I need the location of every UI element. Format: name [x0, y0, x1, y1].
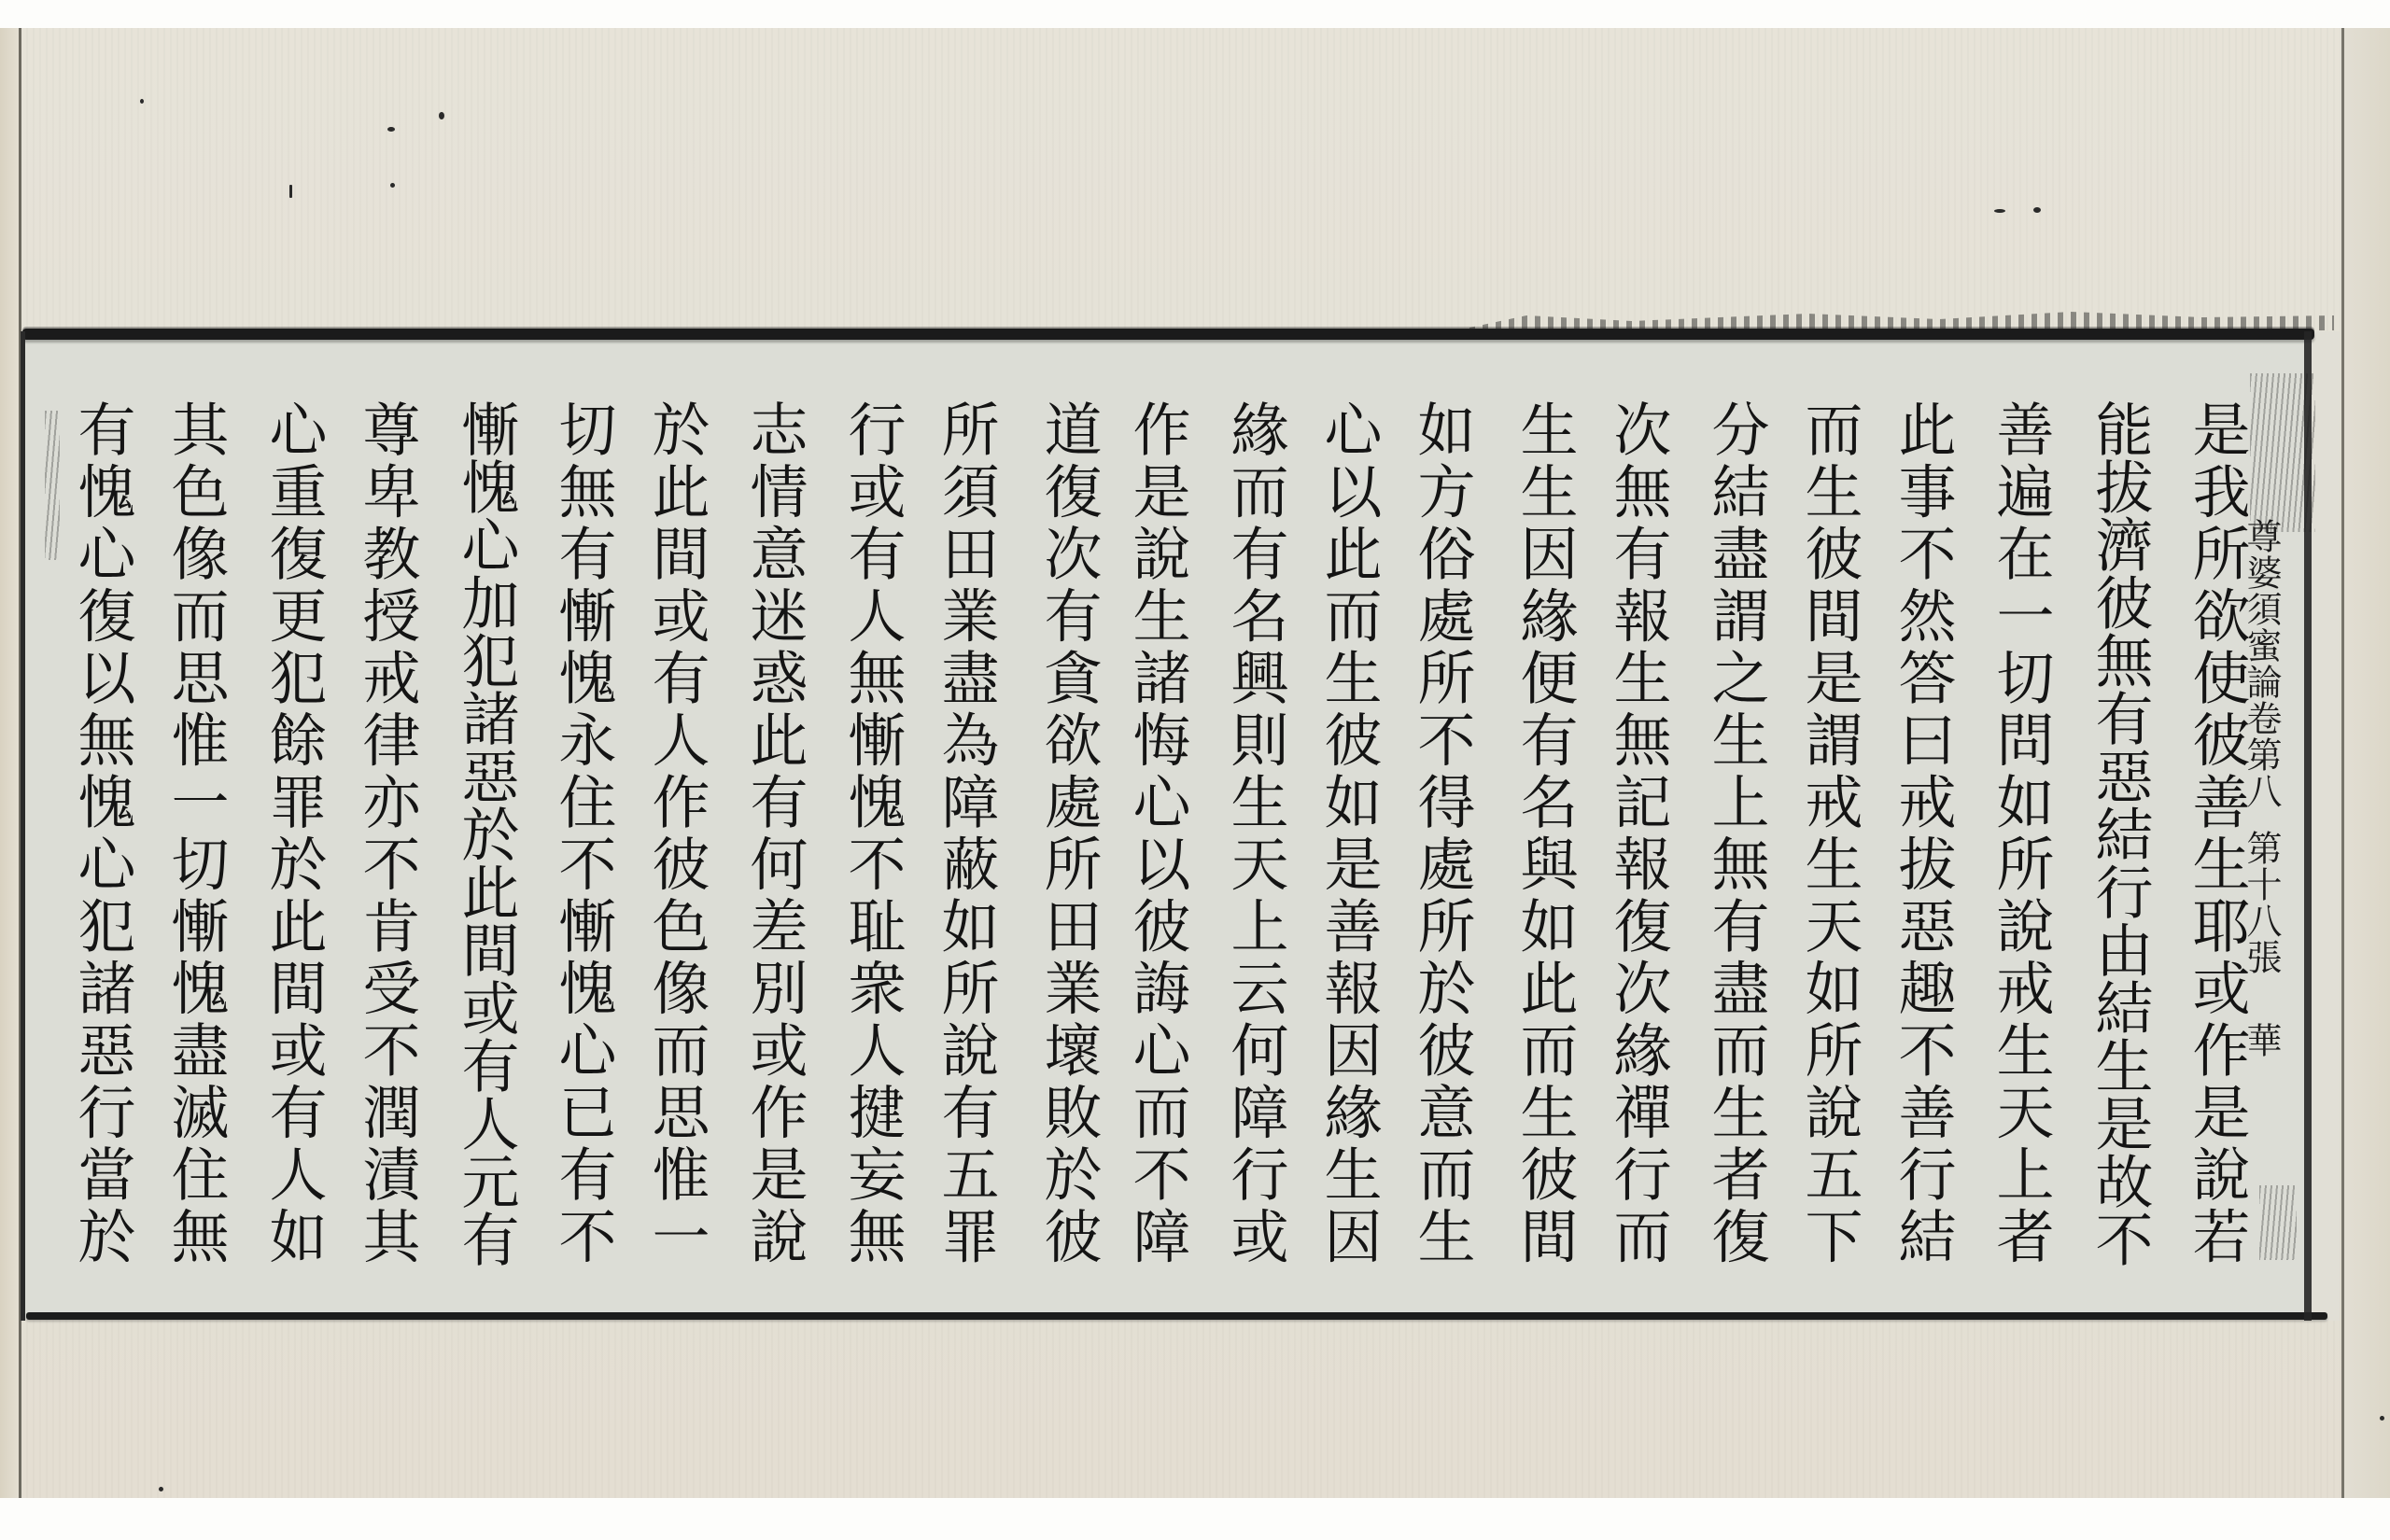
text-column-17: 於此間或有人作彼色像而思惟一 — [618, 362, 708, 1305]
text-column-5: 而生彼間是謂戒生天如所說五下 — [1771, 362, 1861, 1305]
bottom-scan-margin — [0, 1498, 2390, 1540]
text-column-7: 次無有報生無記報復次緣禪行而 — [1580, 362, 1669, 1305]
frame-right-gutter — [2312, 331, 2340, 1321]
paper-speck — [1994, 209, 2005, 213]
text-column-8: 生生因緣便有名與如此而生彼間 — [1486, 362, 1576, 1305]
text-column-14: 所須田業盡為障蔽如所說有五罪 — [907, 362, 997, 1305]
text-column-3: 善遍在一切問如所說戒生天上者 — [1962, 362, 2052, 1305]
text-column-20: 尊卑教授戒律亦不肯受不潤漬其 — [329, 362, 418, 1305]
text-column-21: 心重復更犯餘罪於此間或有人如 — [235, 362, 325, 1305]
paper-speck — [390, 183, 395, 188]
text-column-10: 心以此而生彼如是善報因緣生因 — [1290, 362, 1380, 1305]
text-column-12: 作是說生諸悔心以彼誨心而不障 — [1099, 362, 1188, 1305]
text-column-1: 是我所欲使彼善生耶或作是說若 — [2158, 362, 2248, 1305]
text-column-6: 分結盡謂之生上無有盡而生者復 — [1678, 362, 1767, 1305]
right-binding-line — [2341, 28, 2344, 1498]
text-column-19: 慚愧心加犯諸惡於此間或有人元有 — [427, 362, 516, 1305]
paper-speck — [140, 99, 144, 104]
text-column-2: 能拔濟彼無有惡結行由結生是故不 — [2060, 362, 2150, 1305]
paper-speck — [387, 127, 395, 132]
frame-bottom-border — [26, 1312, 2327, 1320]
paper-speck — [439, 112, 444, 119]
text-column-23: 有愧心復以無愧心犯諸惡行當於 — [44, 362, 134, 1305]
text-column-22: 其色像而思惟一切慚愧盡滅住無 — [137, 362, 227, 1305]
frame-top-border — [22, 329, 2314, 340]
text-column-18: 切無有慚愧永住不慚愧心已有不 — [525, 362, 614, 1305]
text-column-11: 緣而有名興則生天上云何障行或 — [1197, 362, 1286, 1305]
paper-speck — [159, 1487, 163, 1491]
right-binding-shade — [2344, 28, 2390, 1498]
text-column-16: 志情意迷惑此有何差別或作是說 — [716, 362, 806, 1305]
top-scan-margin — [0, 0, 2390, 28]
text-column-9: 如方俗處所不得處所於彼意而生 — [1384, 362, 1473, 1305]
ink-smudge-header-top — [2250, 373, 2315, 532]
frame-left-border — [21, 331, 25, 1321]
paper-speck — [2033, 207, 2041, 213]
text-column-13: 道復次有貪欲處所田業壞敗於彼 — [1010, 362, 1100, 1305]
paper-speck — [2380, 1416, 2384, 1421]
left-binding-shade — [0, 28, 19, 1498]
text-column-4: 此事不然答曰戒拔惡趣不善行結 — [1864, 362, 1954, 1305]
text-column-15: 行或有人無慚愧不耻衆人揵妄無 — [814, 362, 904, 1305]
paper-speck — [289, 185, 292, 198]
